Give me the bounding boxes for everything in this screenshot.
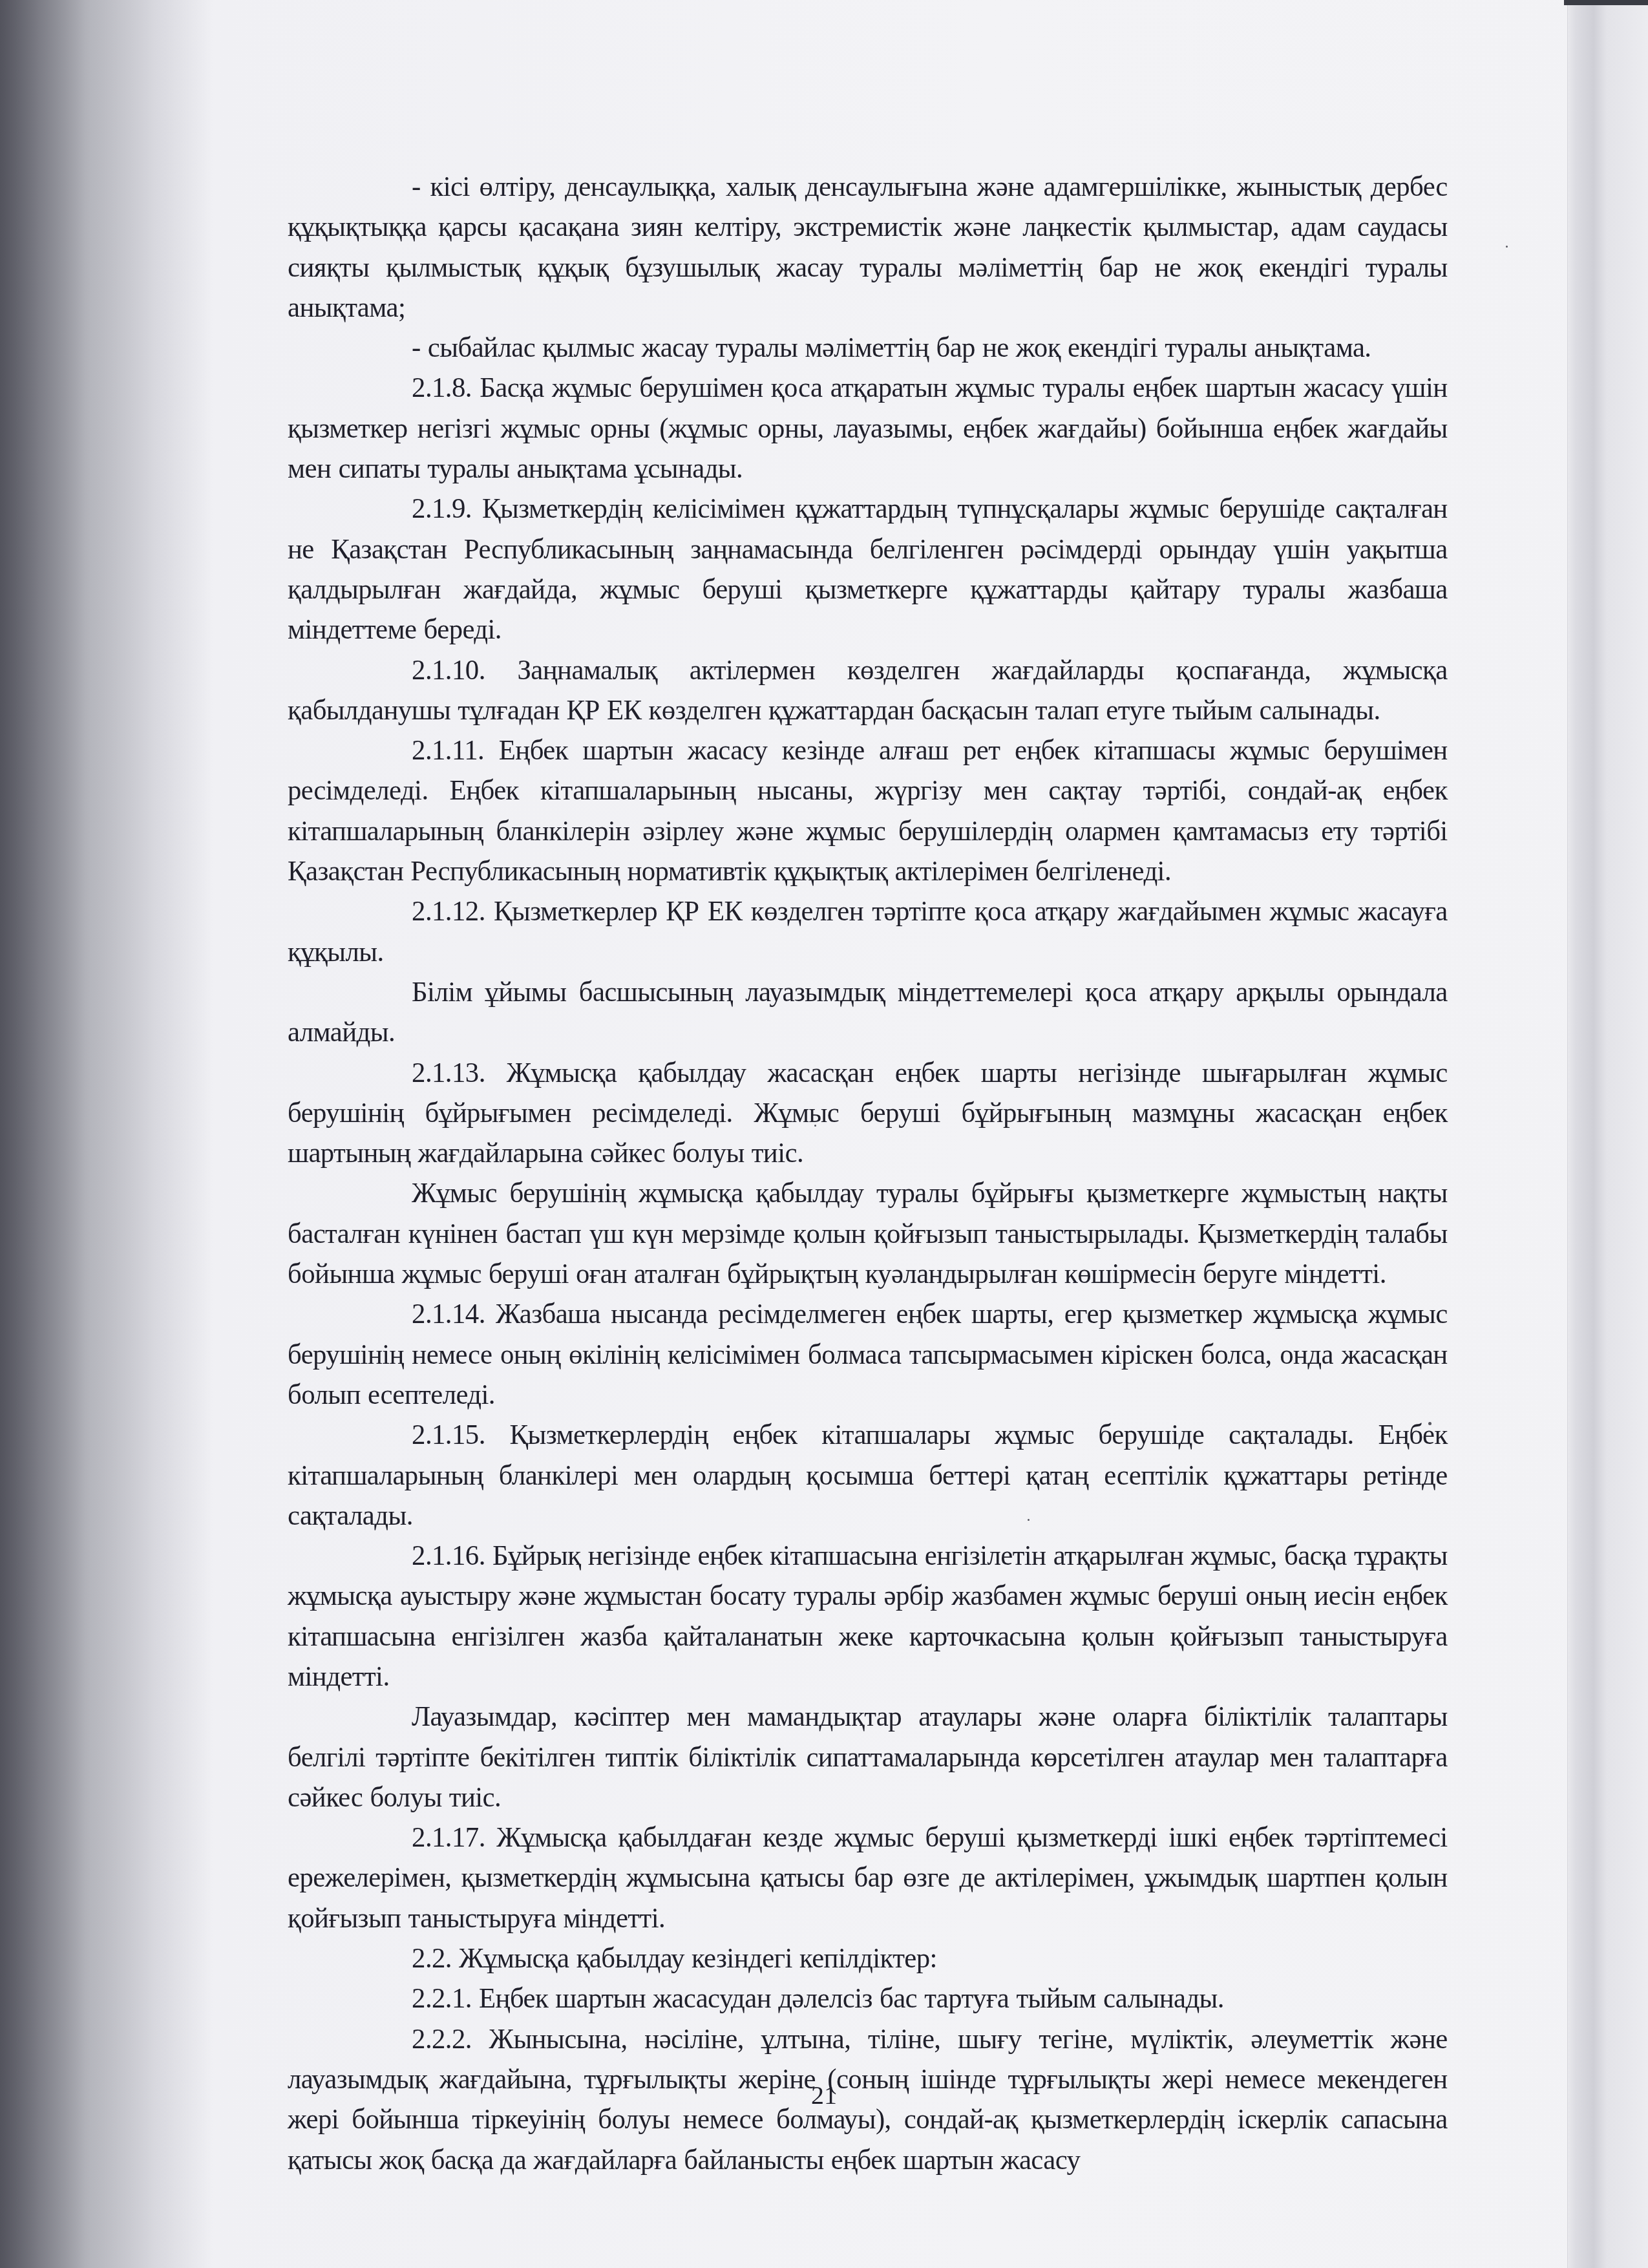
paragraph-2-2-1: 2.2.1. Еңбек шартын жасасудан дәлелсіз б… (288, 1978, 1448, 2019)
paragraph-2-1-17: 2.1.17. Жұмысқа қабылдаған кезде жұмыс б… (288, 1818, 1448, 1938)
paragraph-2-1-9: 2.1.9. Қызметкердің келісімімен құжаттар… (288, 489, 1448, 650)
paragraph-order-familiarization: Жұмыс берушінің жұмысқа қабылдау туралы … (288, 1173, 1448, 1294)
scan-speck (814, 1125, 816, 1127)
paragraph-2-2-2: 2.2.2. Жынысына, нәсіліне, ұлтына, тілін… (288, 2019, 1448, 2180)
page-edge-stack (1567, 0, 1648, 2268)
document-body: - кісі өлтіру, денсаулыққа, халық денсау… (288, 167, 1448, 2180)
book-spine-shadow (0, 0, 213, 2268)
paragraph-2-1-14: 2.1.14. Жазбаша нысанда ресімделмеген ең… (288, 1294, 1448, 1415)
scan-speck (1506, 246, 1508, 248)
paragraph-2-1-10: 2.1.10. Заңнамалық актілермен көзделген … (288, 650, 1448, 731)
paragraph-list-item-crimes: - кісі өлтіру, денсаулыққа, халық денсау… (288, 167, 1448, 328)
section-heading-2-2: 2.2. Жұмысқа қабылдау кезіндегі кепілдік… (288, 1938, 1448, 1978)
scanned-page: - кісі өлтіру, денсаулыққа, халық денсау… (0, 0, 1648, 2268)
scan-speck (1428, 1422, 1431, 1425)
paragraph-2-1-13: 2.1.13. Жұмысқа қабылдау жасасқан еңбек … (288, 1053, 1448, 1174)
paragraph-2-1-16: 2.1.16. Бұйрық негізінде еңбек кітапшасы… (288, 1536, 1448, 1697)
paragraph-2-1-11: 2.1.11. Еңбек шартын жасасу кезінде алға… (288, 730, 1448, 891)
paragraph-2-1-8: 2.1.8. Басқа жұмыс берушімен қоса атқара… (288, 368, 1448, 489)
page-edge-dark-corner (1564, 0, 1648, 5)
paragraph-head-duties: Білім ұйымы басшысының лауазымдық міндет… (288, 972, 1448, 1053)
paragraph-position-titles: Лауазымдар, кәсіптер мен мамандықтар ата… (288, 1697, 1448, 1818)
paragraph-list-item-corruption: - сыбайлас қылмыс жасау туралы мәліметті… (288, 328, 1448, 368)
scan-speck (1028, 1519, 1030, 1521)
page-number: 21 (805, 2080, 843, 2110)
paragraph-2-1-15: 2.1.15. Қызметкерлердің еңбек кітапшалар… (288, 1415, 1448, 1536)
paragraph-2-1-12: 2.1.12. Қызметкерлер ҚР ЕК көзделген тәр… (288, 891, 1448, 972)
